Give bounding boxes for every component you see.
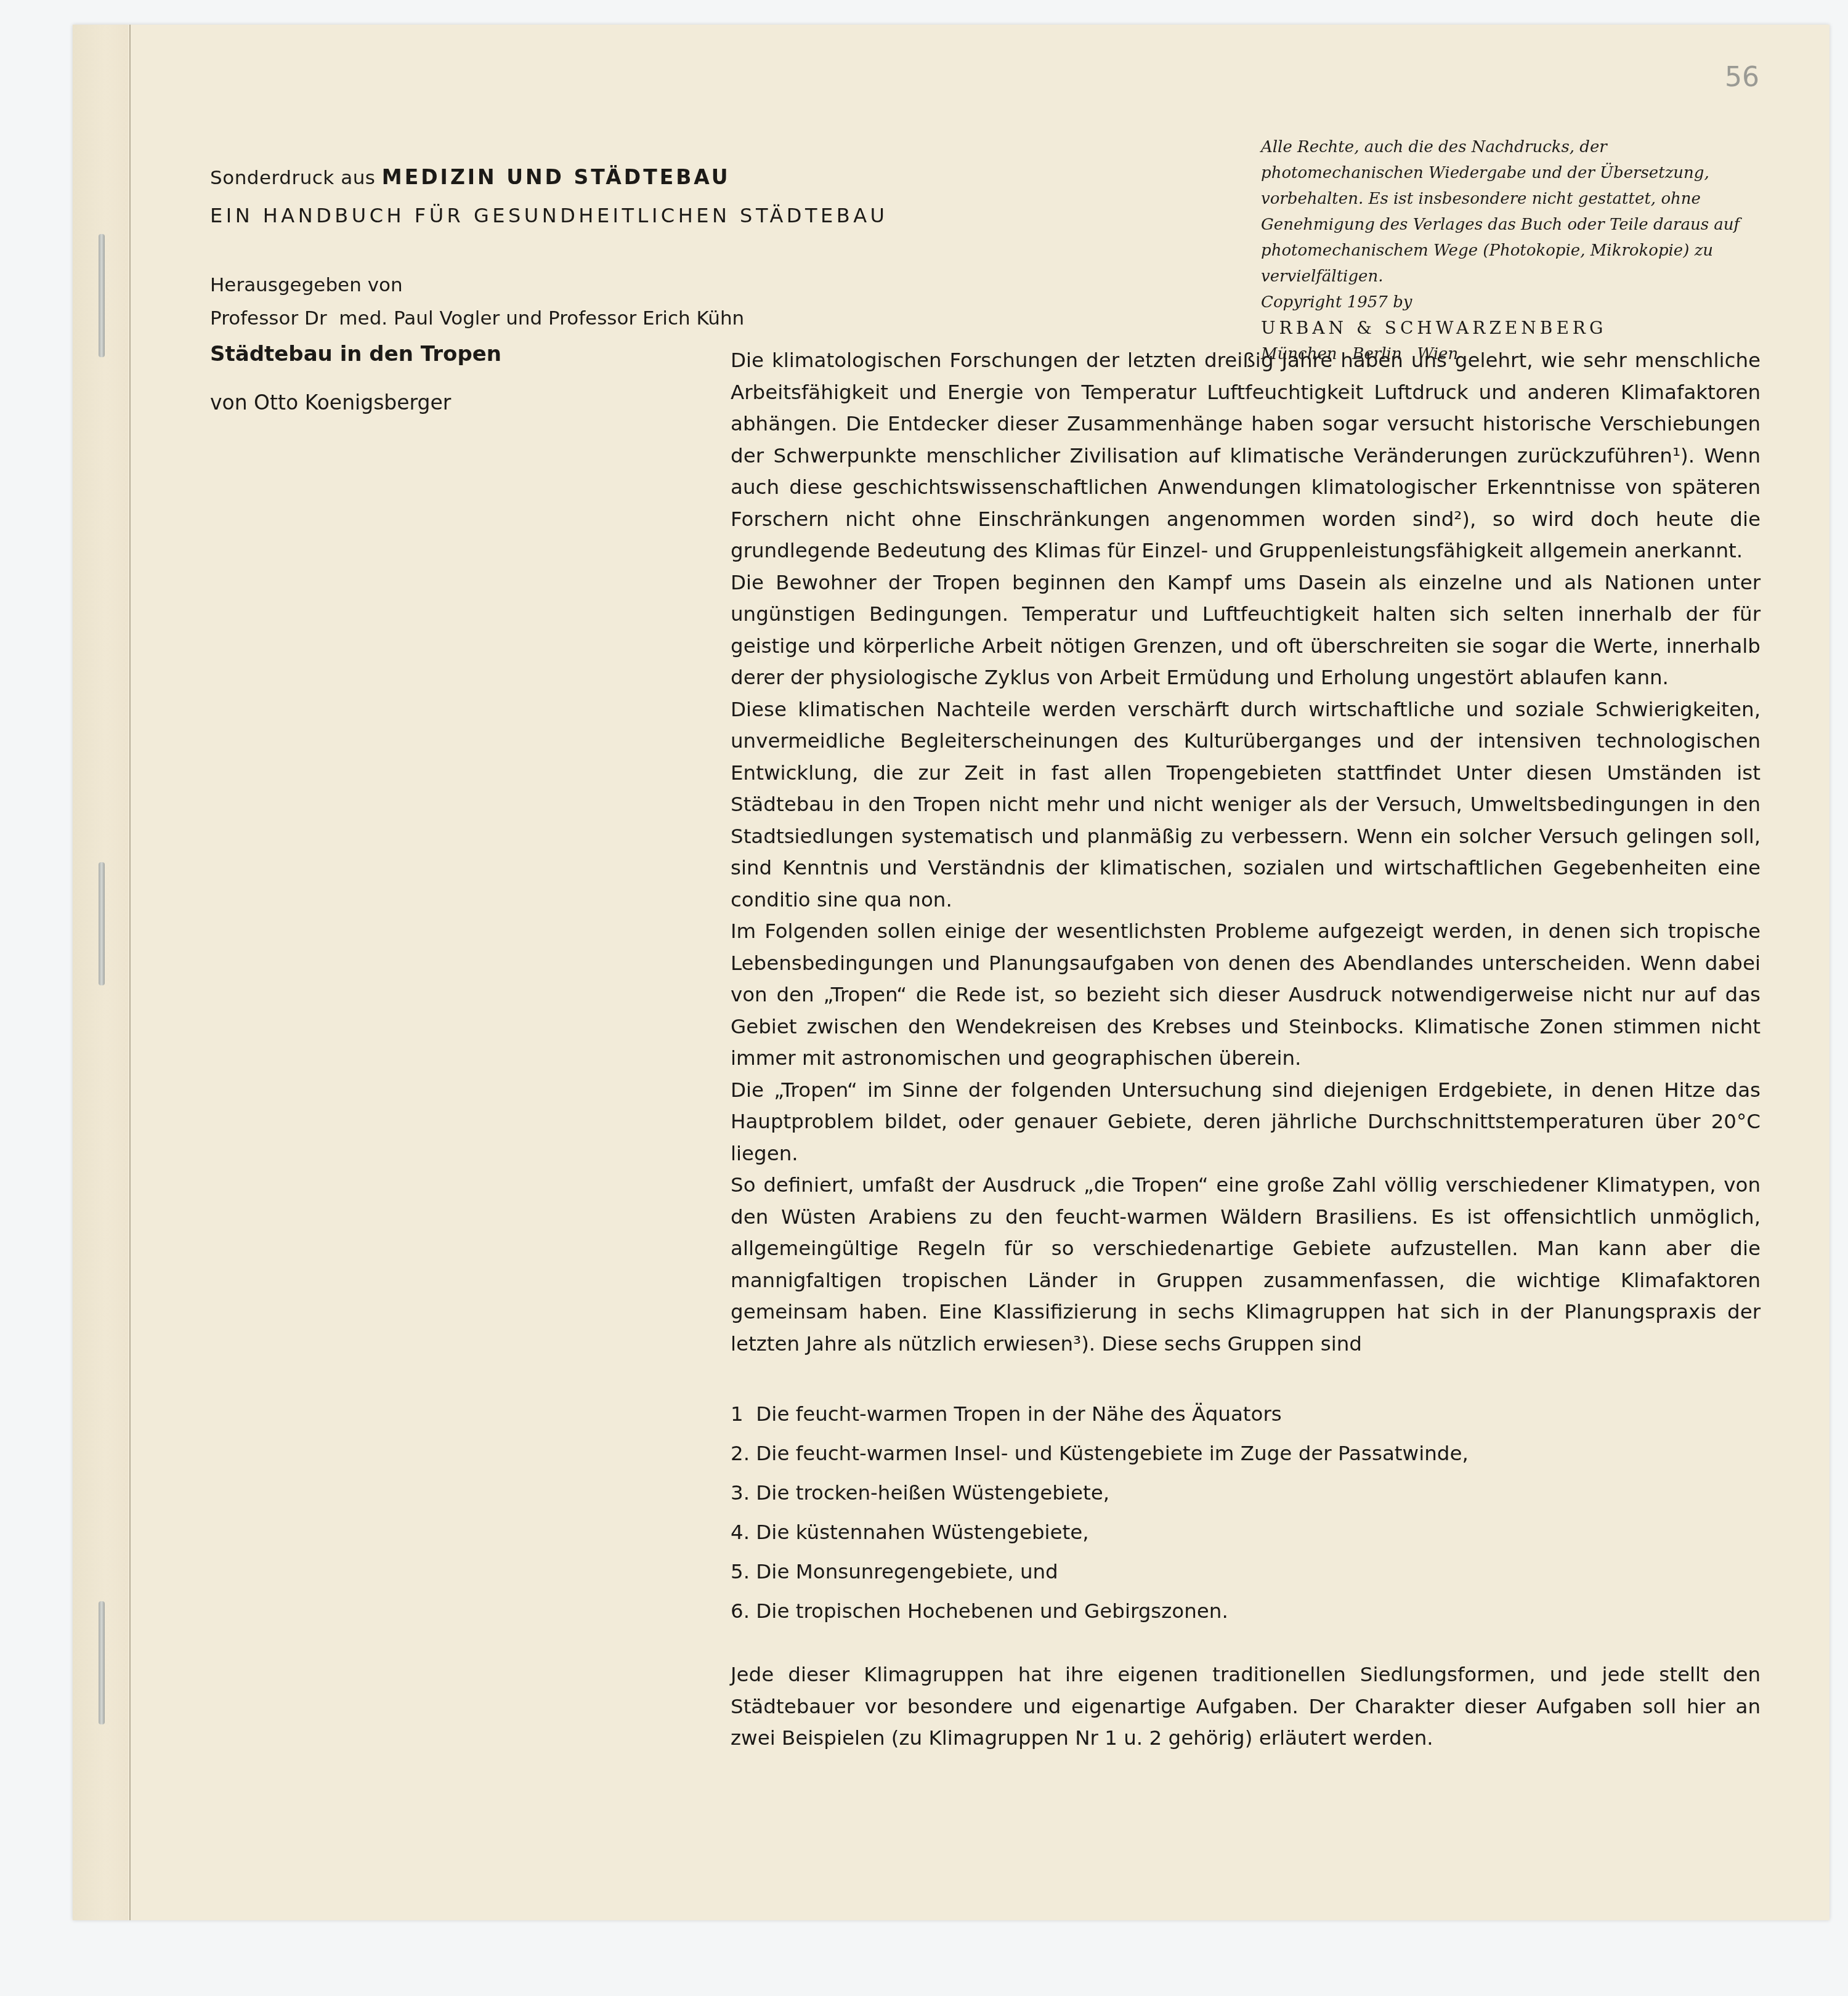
rights-notice-block: Alle Rechte, auch die des Nachdrucks, de…: [1261, 134, 1760, 367]
editors-names: Professor Dr med. Paul Vogler und Profes…: [210, 302, 744, 335]
list-item: 6. Die tropischen Hochebenen und Gebirgs…: [731, 1591, 1761, 1631]
book-title: MEDIZIN UND STÄDTEBAU: [382, 165, 731, 189]
closing-paragraph: Jede dieser Klimagruppen hat ihre eigene…: [731, 1659, 1761, 1755]
rights-notice: Alle Rechte, auch die des Nachdrucks, de…: [1261, 134, 1760, 289]
paragraph: Die Bewohner der Tropen beginnen den Kam…: [731, 567, 1761, 694]
list-item: 2. Die feucht-warmen Insel- und Küstenge…: [731, 1434, 1761, 1473]
list-item: 4. Die küstennahen Wüstengebiete,: [731, 1513, 1761, 1552]
staple-top: [99, 234, 105, 357]
staple-middle: [99, 862, 105, 985]
paragraph: Im Folgenden sollen einige der wesentlic…: [731, 916, 1761, 1075]
staple-bottom: [99, 1601, 105, 1724]
paragraph: Diese klimatischen Nachteile werden vers…: [731, 694, 1761, 916]
fold-line: [129, 25, 131, 1920]
article-body: Die klimatologischen Forschungen der let…: [731, 345, 1761, 1755]
article-title: Städtebau in den Tropen: [210, 342, 501, 366]
offprint-prefix: Sonderdruck aus: [210, 167, 375, 189]
editors-block: Herausgegeben von Professor Dr med. Paul…: [210, 269, 744, 335]
paragraph: Die klimatologischen Forschungen der let…: [731, 345, 1761, 567]
offprint-line: Sonderdruck aus MEDIZIN UND STÄDTEBAU: [210, 165, 888, 189]
list-item: 3. Die trocken-heißen Wüstengebiete,: [731, 1473, 1761, 1513]
copyright-line: Copyright 1957 by: [1261, 289, 1760, 315]
publisher-name: URBAN & SCHWARZENBERG: [1261, 315, 1760, 341]
list-item: 5. Die Monsunregengebiete, und: [731, 1552, 1761, 1591]
paragraph: So definiert, umfaßt der Ausdruck „die T…: [731, 1170, 1761, 1360]
editors-label: Herausgegeben von: [210, 269, 744, 302]
list-item: 1 Die feucht-warmen Tropen in der Nähe d…: [731, 1394, 1761, 1434]
book-subtitle: EIN HANDBUCH FÜR GESUNDHEITLICHEN STÄDTE…: [210, 204, 888, 227]
paragraph: Die „Tropen“ im Sinne der folgenden Unte…: [731, 1075, 1761, 1170]
climate-groups-list: 1 Die feucht-warmen Tropen in der Nähe d…: [731, 1394, 1761, 1631]
article-author: von Otto Koenigsberger: [210, 390, 451, 414]
header-block: Sonderdruck aus MEDIZIN UND STÄDTEBAU EI…: [210, 165, 888, 227]
page-number-mark: 56: [1725, 62, 1759, 93]
